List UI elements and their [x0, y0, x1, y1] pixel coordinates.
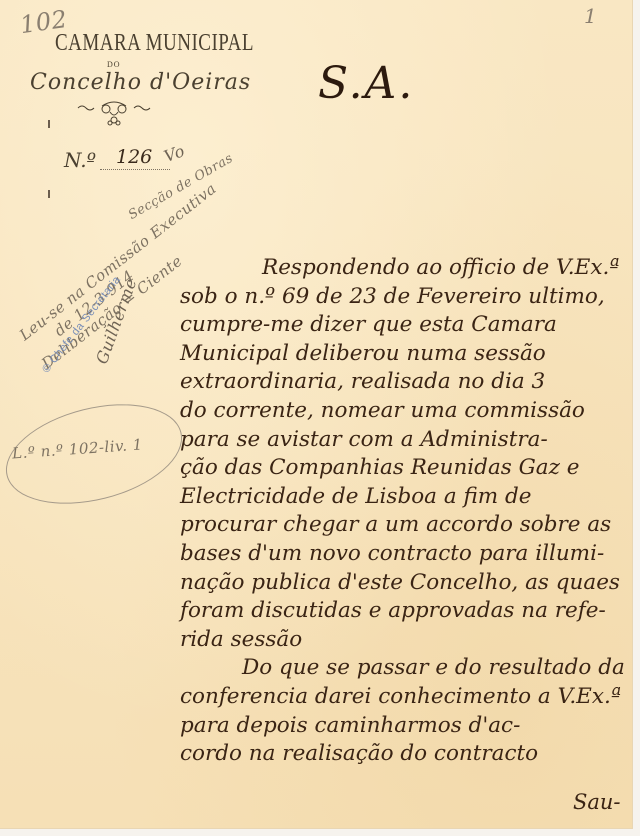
letter-line: Do que se passar e do resultado da [180, 654, 640, 683]
letter-line: sob o n.º 69 de 23 de Fevereiro ultimo, [180, 283, 640, 312]
letter-line: ção das Companhias Reunidas Gaz e [180, 454, 640, 483]
reference-dotted-line [100, 169, 170, 170]
flourish-ornament-icon [74, 98, 154, 128]
margin-tick [48, 120, 50, 128]
reference-value: 126 [116, 146, 152, 168]
letter-line: extraordinaria, realisada no dia 3 [180, 368, 640, 397]
letter-line: foram discutidas e approvadas na refe- [180, 597, 640, 626]
letter-line: para se avistar com a Administra- [180, 426, 640, 455]
letterhead-title: CAMARA MUNICIPAL [55, 30, 254, 58]
reference-label: N.º [64, 148, 96, 173]
letter-line: para depois caminharmos d'ac- [180, 712, 640, 741]
letter-closing: Sau- [573, 790, 621, 814]
salutation: S.A. [318, 58, 414, 109]
letter-line: cordo na realisação do contracto [180, 740, 640, 769]
margin-tick [48, 190, 50, 198]
letter-body: Respondendo ao officio de V.Ex.ª sob o n… [180, 254, 640, 769]
folio-number-right: 1 [584, 4, 597, 28]
letter-line: Respondendo ao officio de V.Ex.ª [180, 254, 640, 283]
letterhead-connector: DO [107, 60, 121, 69]
letter-line: conferencia darei conhecimento a V.Ex.ª [180, 683, 640, 712]
letter-line: bases d'um novo contracto para illumi- [180, 540, 640, 569]
letter-line: rida sessão [180, 626, 640, 655]
letter-line: Electricidade de Lisboa a fim de [180, 483, 640, 512]
letter-line: cumpre-me dizer que esta Camara [180, 311, 640, 340]
letter-line: do corrente, nomear uma commissão [180, 397, 640, 426]
letter-line: procurar chegar a um accordo sobre as [180, 511, 640, 540]
letter-line: Municipal deliberou numa sessão [180, 340, 640, 369]
letterhead-subtitle: Concelho d'Oeiras [30, 70, 251, 95]
letter-line: nação publica d'este Concelho, as quaes [180, 569, 640, 598]
reference-label-text: N.º [64, 148, 96, 172]
